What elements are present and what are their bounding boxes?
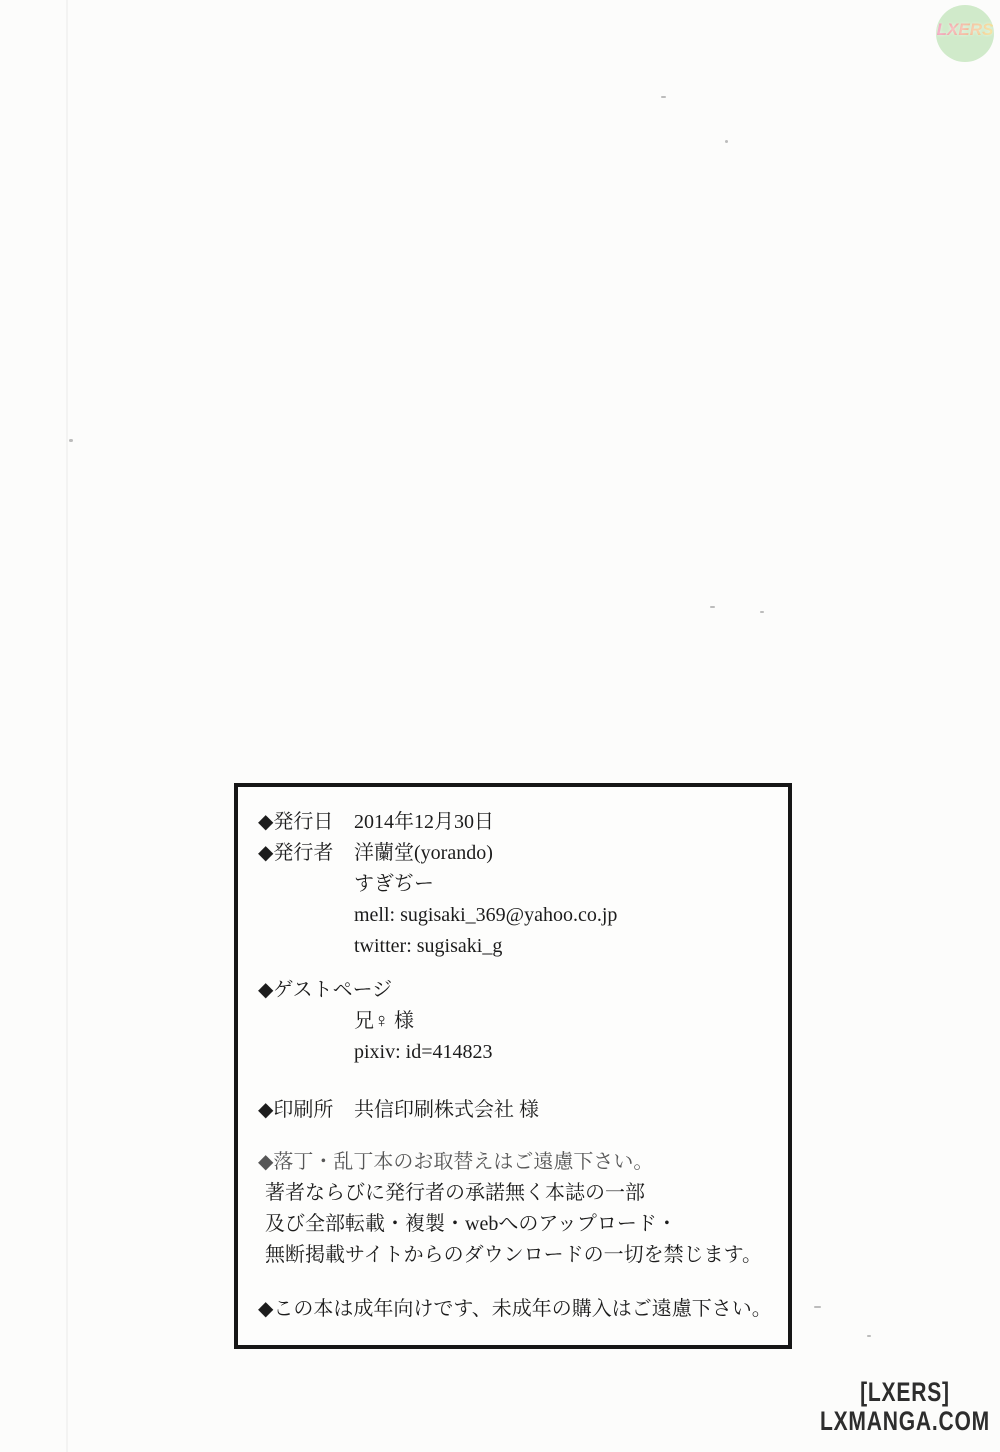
publish-date-label: ◆発行日 bbox=[258, 807, 354, 838]
watermark-line-1: [LXERS] bbox=[820, 1378, 990, 1407]
publisher-name: 洋蘭堂(yorando) bbox=[354, 842, 493, 864]
scan-speck bbox=[760, 611, 764, 613]
publish-date-value: 2014年12月30日 bbox=[354, 811, 494, 833]
notice-line-2: 著者ならびに発行者の承諾無く本誌の一部 bbox=[258, 1178, 770, 1209]
publisher-twitter: twitter: sugisaki_g bbox=[258, 931, 770, 962]
printer-value: 共信印刷株式会社 様 bbox=[354, 1099, 539, 1121]
scan-speck bbox=[867, 1335, 871, 1337]
notice-line-3: 及び全部転載・複製・webへのアップロード・ bbox=[258, 1209, 770, 1240]
scan-speck bbox=[710, 606, 715, 608]
guest-page-section: ◆ゲストページ 兄♀ 様 pixiv: id=414823 bbox=[258, 975, 770, 1068]
lxers-logo-badge: LXERS bbox=[936, 5, 994, 62]
colophon-box: ◆発行日2014年12月30日 ◆発行者洋蘭堂(yorando) すぎぢー me… bbox=[234, 783, 792, 1349]
scan-speck bbox=[814, 1306, 821, 1308]
site-watermark: [LXERS] LXMANGA.COM bbox=[820, 1378, 990, 1436]
age-notice: ◆この本は成年向けです、未成年の購入はご遠慮下さい。 bbox=[258, 1294, 770, 1325]
copyright-notice-section: ◆落丁・乱丁本のお取替えはご遠慮下さい。 著者ならびに発行者の承諾無く本誌の一部… bbox=[258, 1147, 770, 1271]
printer-section: ◆印刷所共信印刷株式会社 様 bbox=[258, 1095, 770, 1126]
guest-name: 兄♀ 様 bbox=[258, 1006, 770, 1037]
lxers-logo-text: LXERS bbox=[937, 20, 994, 40]
printer-row: ◆印刷所共信印刷株式会社 様 bbox=[258, 1095, 770, 1126]
publisher-alias: すぎぢー bbox=[258, 869, 770, 900]
printer-label: ◆印刷所 bbox=[258, 1095, 354, 1126]
publisher-label: ◆発行者 bbox=[258, 838, 354, 869]
scanned-page: LXERS ◆発行日2014年12月30日 ◆発行者洋蘭堂(yorando) す… bbox=[0, 0, 1000, 1452]
watermark-line-2: LXMANGA.COM bbox=[820, 1407, 990, 1436]
scan-artifact-line bbox=[66, 0, 68, 1452]
publication-section: ◆発行日2014年12月30日 ◆発行者洋蘭堂(yorando) すぎぢー me… bbox=[258, 807, 770, 962]
publisher-mail: mell: sugisaki_369@yahoo.co.jp bbox=[258, 900, 770, 931]
scan-speck bbox=[725, 140, 728, 143]
publisher-row: ◆発行者洋蘭堂(yorando) bbox=[258, 838, 770, 869]
notice-line-1: ◆落丁・乱丁本のお取替えはご遠慮下さい。 bbox=[258, 1147, 770, 1178]
scan-speck bbox=[661, 96, 666, 98]
guest-pixiv: pixiv: id=414823 bbox=[258, 1037, 770, 1068]
guest-page-label: ◆ゲストページ bbox=[258, 975, 770, 1006]
publish-date-row: ◆発行日2014年12月30日 bbox=[258, 807, 770, 838]
scan-speck bbox=[69, 439, 73, 442]
notice-line-4: 無断掲載サイトからのダウンロードの一切を禁じます。 bbox=[258, 1240, 770, 1271]
